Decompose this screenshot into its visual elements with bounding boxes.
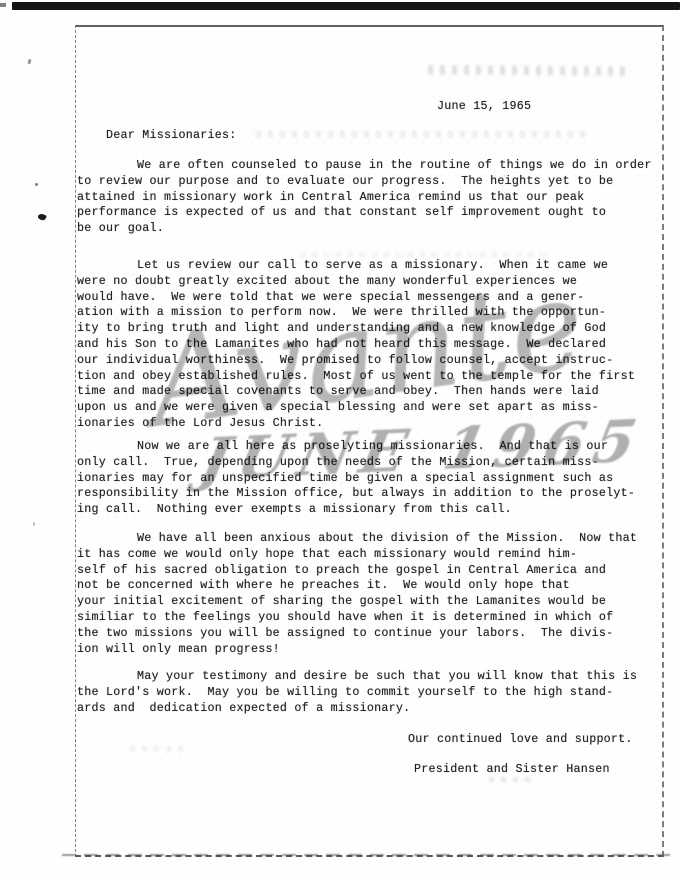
letter-closing: Our continued love and support. <box>408 732 633 748</box>
letter-line: our individual worthiness. We promised t… <box>77 353 649 369</box>
scanned-letter: June 15, 1965 Dear Missionaries: We are … <box>0 0 680 880</box>
letter-line: Now we are all here as proselyting missi… <box>77 439 649 455</box>
letter-line: tion and obey established rules. Most of… <box>77 369 649 385</box>
letter-line: be our goal. <box>77 221 649 237</box>
paragraph: Let us review our call to serve as a mis… <box>77 258 649 432</box>
letter-line: ards and dedication expected of a missio… <box>77 701 649 717</box>
letter-line: upon us and we were given a special bles… <box>77 400 649 416</box>
letter-line: Let us review our call to serve as a mis… <box>77 258 649 274</box>
letter-line: would have. We were told that we were sp… <box>77 290 649 306</box>
letter-line: attained in missionary work in Central A… <box>77 190 649 206</box>
letter-line: ity to bring truth and light and underst… <box>77 321 649 337</box>
paragraph: Now we are all here as proselyting missi… <box>77 439 649 518</box>
letter-line: it has come we would only hope that each… <box>77 547 649 563</box>
letter-line: self of his sacred obligation to preach … <box>77 563 649 579</box>
letter-line: ation with a mission to perform now. We … <box>77 305 649 321</box>
letter-signature: President and Sister Hansen <box>414 762 610 778</box>
paragraph: We are often counseled to pause in the r… <box>77 158 649 237</box>
paragraph: May your testimony and desire be such th… <box>77 669 649 716</box>
letter-line: ion will only mean progress! <box>77 642 649 658</box>
letter-line: We are often counseled to pause in the r… <box>77 158 649 174</box>
letter-line: and his Son to the Lamanites who had not… <box>77 337 649 353</box>
letter-line: We have all been anxious about the divis… <box>77 531 649 547</box>
letter-line: performance is expected of us and that c… <box>77 205 649 221</box>
scan-edge-mark <box>0 3 6 7</box>
letter-line: were no doubt greatly excited about the … <box>77 274 649 290</box>
paragraph: We have all been anxious about the divis… <box>77 531 649 657</box>
letter-line: May your testimony and desire be such th… <box>77 669 649 685</box>
scan-speck <box>33 522 35 526</box>
letter-line: ionaries may for an unspecified time be … <box>77 471 649 487</box>
letter-line: the two missions you will be assigned to… <box>77 626 649 642</box>
scan-speck <box>35 183 38 186</box>
letter-line: your initial excitement of sharing the g… <box>77 594 649 610</box>
letter-line: responsibility in the Mission office, bu… <box>77 486 649 502</box>
letter-line: the Lord's work. May you be willing to c… <box>77 685 649 701</box>
letter-line: ing call. Nothing ever exempts a mission… <box>77 502 649 518</box>
letter-line: time and made special covenants to serve… <box>77 384 649 400</box>
letter-line: similiar to the feelings you should have… <box>77 610 649 626</box>
scan-speck <box>37 213 47 222</box>
scan-speck <box>27 59 31 65</box>
letter-line: not be concerned with where he preaches … <box>77 578 649 594</box>
letter-line: only call. True, depending upon the need… <box>77 455 649 471</box>
letter-body: We are often counseled to pause in the r… <box>77 0 649 880</box>
letter-line: ionaries of the Lord Jesus Christ. <box>77 416 649 432</box>
letter-line: to review our purpose and to evaluate ou… <box>77 174 649 190</box>
